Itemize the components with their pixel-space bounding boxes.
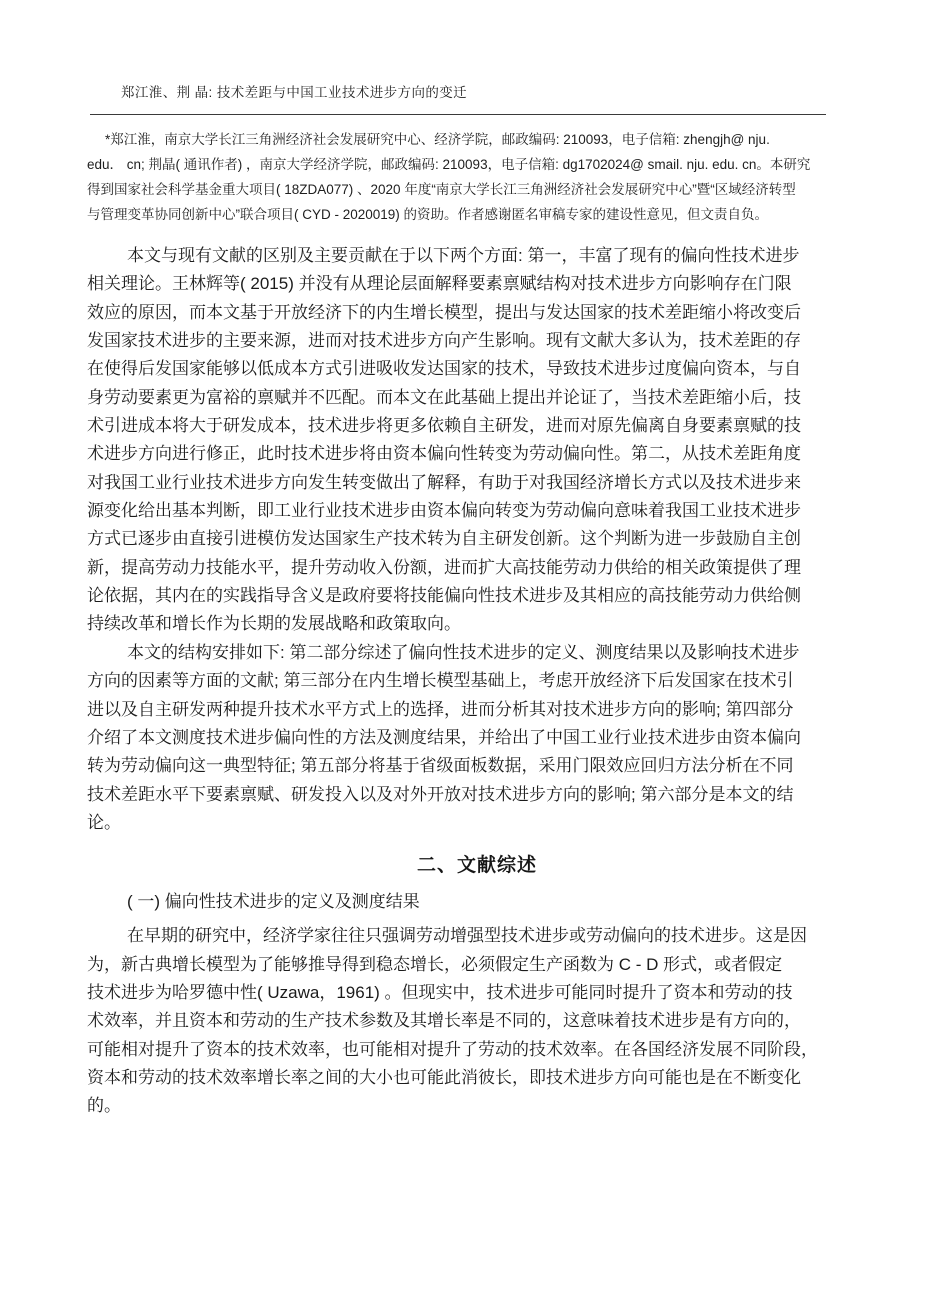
- paragraph-structure: 本文的结构安排如下: 第二部分综述了偏向性技术进步的定义、测度结果以及影响技术进…: [87, 639, 867, 837]
- text-line: 术效率，并且资本和劳动的生产技术参数及其增长率是不同的，这意味着技术进步是有方向…: [87, 1007, 867, 1035]
- text-line: 论依据，其内在的实践指导含义是政府要将技能偏向性技术进步及其相应的高技能劳动力供…: [87, 582, 867, 610]
- text-line: 进以及自主研发两种提升技术水平方式上的选择，进而分析其对技术进步方向的影响; 第…: [87, 696, 867, 724]
- text-line: 与管理变革协同创新中心”联合项目( CYD - 2020019) 的资助。作者感…: [87, 202, 867, 227]
- paragraph-early-research: 在早期的研究中，经济学家往往只强调劳动增强型技术进步或劳动偏向的技术进步。这是因…: [87, 922, 867, 1120]
- text-line: 方式已逐步由直接引进模仿发达国家生产技术转为自主研发创新。这个判断为进一步鼓励自…: [87, 525, 867, 553]
- text-line: 在早期的研究中，经济学家往往只强调劳动增强型技术进步或劳动偏向的技术进步。这是因: [87, 922, 867, 950]
- text-line: 源变化给出基本判断，即工业行业技术进步由资本偏向转变为劳动偏向意味着我国工业技术…: [87, 497, 867, 525]
- text-line: 发国家技术进步的主要来源，进而对技术进步方向产生影响。现有文献大多认为，技术差距…: [87, 327, 867, 355]
- running-head: 郑江淮、荆 晶: 技术差距与中国工业技术进步方向的变迁: [121, 85, 467, 101]
- text-line: 介绍了本文测度技术进步偏向性的方法及测度结果，并给出了中国工业行业技术进步由资本…: [87, 724, 867, 752]
- text-line: 技术差距水平下要素禀赋、研发投入以及对外开放对技术进步方向的影响; 第六部分是本…: [87, 781, 867, 809]
- header-rule: [90, 114, 826, 115]
- text-line: 术引进成本将大于研发成本，技术进步将更多依赖自主研发，进而对原先偏离自身要素禀赋…: [87, 412, 867, 440]
- text-line: 持续改革和增长作为长期的发展战略和政策取向。: [87, 610, 867, 638]
- text-line: 新，提高劳动力技能水平，提升劳动收入份额，进而扩大高技能劳动力供给的相关政策提供…: [87, 554, 867, 582]
- text-line: 相关理论。王林辉等( 2015) 并没有从理论层面解释要素禀赋结构对技术进步方向…: [87, 270, 867, 298]
- section-heading-literature-review: 二、文献综述: [87, 851, 867, 881]
- text-line: 在使得后发国家能够以低成本方式引进吸收发达国家的技术，导致技术进步过度偏向资本，…: [87, 355, 867, 383]
- text-line: 对我国工业行业技术进步方向发生转变做出了解释，有助于对我国经济增长方式以及技术进…: [87, 469, 867, 497]
- text-line: *郑江淮，南京大学长江三角洲经济社会发展研究中心、经济学院，邮政编码: 2100…: [87, 127, 867, 152]
- footnote-block: *郑江淮，南京大学长江三角洲经济社会发展研究中心、经济学院，邮政编码: 2100…: [87, 127, 867, 227]
- text-line: 方向的因素等方面的文献; 第三部分在内生增长模型基础上，考虑开放经济下后发国家在…: [87, 667, 867, 695]
- body-content: 本文与现有文献的区别及主要贡献在于以下两个方面: 第一，丰富了现有的偏向性技术进…: [87, 242, 867, 1121]
- text-line: 本文与现有文献的区别及主要贡献在于以下两个方面: 第一，丰富了现有的偏向性技术进…: [87, 242, 867, 270]
- text-line: 的。: [87, 1092, 867, 1120]
- text-line: 术进步方向进行修正，此时技术进步将由资本偏向性转变为劳动偏向性。第二，从技术差距…: [87, 440, 867, 468]
- text-line: 身劳动要素更为富裕的禀赋并不匹配。而本文在此基础上提出并论证了，当技术差距缩小后…: [87, 384, 867, 412]
- text-line: 资本和劳动的技术效率增长率之间的大小也可能此消彼长，即技术进步方向可能也是在不断…: [87, 1064, 867, 1092]
- text-line: 为，新古典增长模型为了能够推导得到稳态增长，必须假定生产函数为 C - D 形式…: [87, 951, 867, 979]
- text-line: 本文的结构安排如下: 第二部分综述了偏向性技术进步的定义、测度结果以及影响技术进…: [87, 639, 867, 667]
- text-line: 可能相对提升了资本的技术效率，也可能相对提升了劳动的技术效率。在各国经济发展不同…: [87, 1036, 867, 1064]
- paragraph-contributions: 本文与现有文献的区别及主要贡献在于以下两个方面: 第一，丰富了现有的偏向性技术进…: [87, 242, 867, 639]
- text-line: 得到国家社会科学基金重大项目( 18ZDA077) 、2020 年度“南京大学长…: [87, 177, 867, 202]
- paper-page: 郑江淮、荆 晶: 技术差距与中国工业技术进步方向的变迁 *郑江淮，南京大学长江三…: [0, 0, 950, 1290]
- text-line: 技术进步为哈罗德中性( Uzawa，1961) 。但现实中，技术进步可能同时提升…: [87, 979, 867, 1007]
- text-line: 效应的原因，而本文基于开放经济下的内生增长模型，提出与发达国家的技术差距缩小将改…: [87, 299, 867, 327]
- text-line: 转为劳动偏向这一典型特征; 第五部分将基于省级面板数据，采用门限效应回归方法分析…: [87, 752, 867, 780]
- subsection-heading-definition-measurement: ( 一) 偏向性技术进步的定义及测度结果: [87, 888, 867, 916]
- text-line: edu． cn; 荆晶( 通讯作者) ，南京大学经济学院，邮政编码: 21009…: [87, 152, 867, 177]
- text-line: 论。: [87, 809, 867, 837]
